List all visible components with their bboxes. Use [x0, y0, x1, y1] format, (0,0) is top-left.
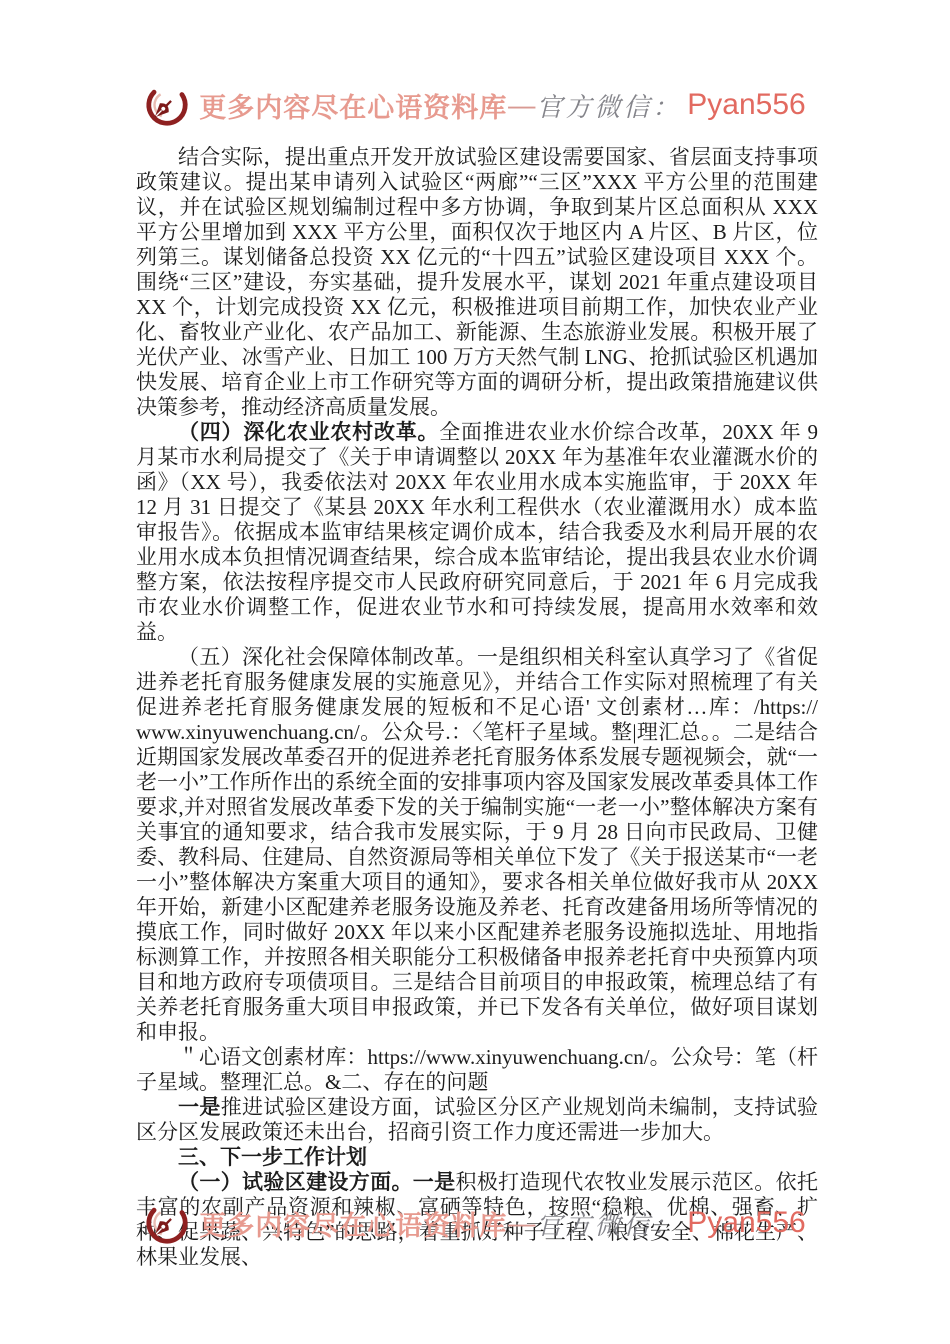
wechat-id: Pyan556 [687, 1206, 805, 1240]
paragraph-bold-run: （四）深化农业农村改革。 [178, 420, 439, 444]
header-watermark: 更多内容尽在心语资料库 — 官方微信： Pyan556 [0, 82, 950, 128]
wechat-label: 官方微信： [536, 1205, 681, 1242]
paragraph: （四）深化农业农村改革。全面推进农业水价综合改革，20XX 年 9 月某市水利局… [136, 420, 818, 645]
paragraph-text-run: ＂心语文创素材库：https://​www.xinyuwenchuang.cn/… [136, 1045, 818, 1094]
paragraph-text-run: 结合实际，提出重点开发开放试验区建设需要国家、省层面支持事项政策建议。提出某申请… [136, 145, 818, 419]
paragraph-bold-run: 一是 [178, 1095, 221, 1119]
document-body: 结合实际，提出重点开发开放试验区建设需要国家、省层面支持事项政策建议。提出某申请… [136, 145, 818, 1270]
paragraph-bold-run: （一）试验区建设方面。一是 [178, 1170, 455, 1194]
paragraph: 三、下一步工作计划 [136, 1145, 818, 1170]
footer-watermark: 更多内容尽在心语资料库 — 官方微信： Pyan556 [0, 1200, 950, 1246]
paragraph-bold-run: 三、下一步工作计划 [178, 1145, 367, 1169]
paragraph-text-run: 推进试验区建设方面，试验区分区产业规划尚未编制，支持试验区分区发展政策还未出台，… [136, 1095, 818, 1144]
paragraph: ＂心语文创素材库：https://​www.xinyuwenchuang.cn/… [136, 1045, 818, 1095]
brand-text: 更多内容尽在心语资料库 [199, 1204, 507, 1243]
paragraph: 一是推进试验区建设方面，试验区分区产业规划尚未编制，支持试验区分区发展政策还未出… [136, 1095, 818, 1145]
pen-nib-seal-icon [144, 82, 190, 128]
wechat-label: 官方微信： [536, 87, 681, 124]
brand-text: 更多内容尽在心语资料库 [199, 86, 507, 125]
paragraph-text-run: 全面推进农业水价综合改革，20XX 年 9 月某市水利局提交了《关于申请调整以 … [136, 420, 818, 644]
pen-nib-seal-icon [144, 1200, 190, 1246]
dash-separator: — [508, 90, 535, 121]
document-page: 更多内容尽在心语资料库 — 官方微信： Pyan556 结合实际，提出重点开发开… [0, 0, 950, 1344]
paragraph-text-run: （五）深化社会保障体制改革。一是组织相关科室认真学习了《省促进养老托育服务健康发… [136, 645, 818, 1044]
dash-separator: — [508, 1208, 535, 1239]
paragraph: （五）深化社会保障体制改革。一是组织相关科室认真学习了《省促进养老托育服务健康发… [136, 645, 818, 1045]
wechat-id: Pyan556 [687, 88, 805, 122]
paragraph: 结合实际，提出重点开发开放试验区建设需要国家、省层面支持事项政策建议。提出某申请… [136, 145, 818, 420]
